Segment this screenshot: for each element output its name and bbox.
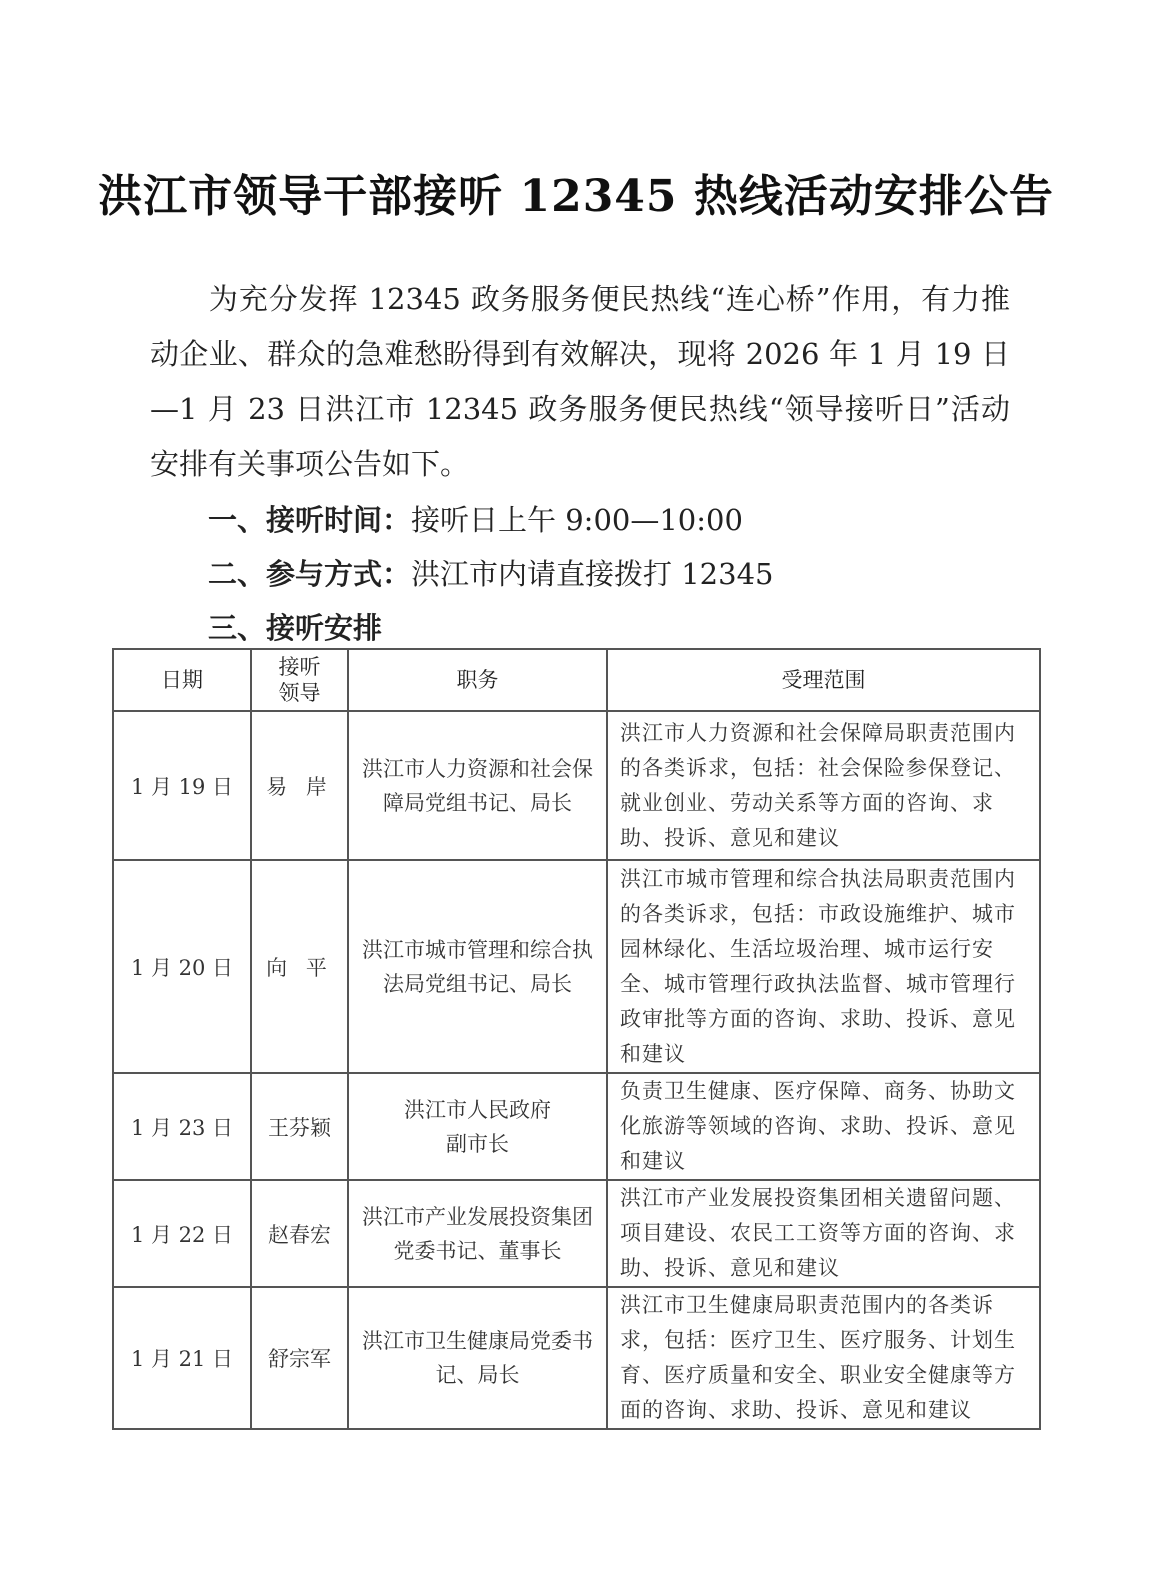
header-leader-line2: 领导 xyxy=(279,681,321,705)
position-line2: 副市长 xyxy=(446,1132,509,1156)
table-row: 1 月 23 日 王芬颖 洪江市人民政府副市长 负责卫生健康、医疗保障、商务、协… xyxy=(113,1073,1040,1180)
cell-position: 洪江市卫生健康局党委书记、局长 xyxy=(348,1287,607,1429)
table-row: 1 月 19 日 易 岸 洪江市人力资源和社会保障局党组书记、局长 洪江市人力资… xyxy=(113,711,1040,860)
cell-scope: 洪江市城市管理和综合执法局职责范围内的各类诉求，包括：市政设施维护、城市园林绿化… xyxy=(607,860,1040,1073)
header-date: 日期 xyxy=(113,649,251,711)
cell-date: 1 月 20 日 xyxy=(113,860,251,1073)
header-position: 职务 xyxy=(348,649,607,711)
cell-date: 1 月 21 日 xyxy=(113,1287,251,1429)
section-heading: 二、参与方式： xyxy=(208,557,411,591)
cell-leader: 舒宗军 xyxy=(251,1287,348,1429)
table-header-row: 日期 接听领导 职务 受理范围 xyxy=(113,649,1040,711)
cell-position: 洪江市城市管理和综合执法局党组书记、局长 xyxy=(348,860,607,1073)
cell-scope: 洪江市卫生健康局职责范围内的各类诉求，包括：医疗卫生、医疗服务、计划生育、医疗质… xyxy=(607,1287,1040,1429)
section-arrangement: 三、接听安排 xyxy=(208,608,382,648)
cell-scope: 负责卫生健康、医疗保障、商务、协助文化旅游等领域的咨询、求助、投诉、意见和建议 xyxy=(607,1073,1040,1180)
cell-position: 洪江市人民政府副市长 xyxy=(348,1073,607,1180)
cell-position: 洪江市人力资源和社会保障局党组书记、局长 xyxy=(348,711,607,860)
cell-scope: 洪江市产业发展投资集团相关遗留问题、项目建设、农民工工资等方面的咨询、求助、投诉… xyxy=(607,1180,1040,1287)
header-leader-line1: 接听 xyxy=(279,655,321,679)
intro-paragraph: 为充分发挥 12345 政务服务便民热线“连心桥”作用，有力推动企业、群众的急难… xyxy=(150,272,1010,492)
header-leader: 接听领导 xyxy=(251,649,348,711)
section-time: 一、接听时间：接听日上午 9:00—10:00 xyxy=(208,500,743,540)
section-heading: 一、接听时间： xyxy=(208,503,411,537)
document-title: 洪江市领导干部接听 12345 热线活动安排公告 xyxy=(0,160,1152,224)
cell-date: 1 月 23 日 xyxy=(113,1073,251,1180)
cell-leader: 向 平 xyxy=(251,860,348,1073)
schedule-table: 日期 接听领导 职务 受理范围 1 月 19 日 易 岸 洪江市人力资源和社会保… xyxy=(112,648,1041,1430)
header-scope: 受理范围 xyxy=(607,649,1040,711)
cell-leader: 易 岸 xyxy=(251,711,348,860)
cell-position: 洪江市产业发展投资集团党委书记、董事长 xyxy=(348,1180,607,1287)
table-row: 1 月 21 日 舒宗军 洪江市卫生健康局党委书记、局长 洪江市卫生健康局职责范… xyxy=(113,1287,1040,1429)
cell-scope: 洪江市人力资源和社会保障局职责范围内的各类诉求，包括：社会保险参保登记、就业创业… xyxy=(607,711,1040,860)
position-line1: 洪江市人民政府 xyxy=(404,1098,551,1122)
intro-text: 为充分发挥 12345 政务服务便民热线“连心桥”作用，有力推动企业、群众的急难… xyxy=(150,282,1010,481)
table-row: 1 月 20 日 向 平 洪江市城市管理和综合执法局党组书记、局长 洪江市城市管… xyxy=(113,860,1040,1073)
section-heading: 三、接听安排 xyxy=(208,611,382,645)
cell-leader: 赵春宏 xyxy=(251,1180,348,1287)
section-text: 洪江市内请直接拨打 12345 xyxy=(411,557,773,591)
section-method: 二、参与方式：洪江市内请直接拨打 12345 xyxy=(208,554,774,594)
section-text: 接听日上午 9:00—10:00 xyxy=(411,503,743,537)
cell-date: 1 月 19 日 xyxy=(113,711,251,860)
cell-date: 1 月 22 日 xyxy=(113,1180,251,1287)
cell-leader: 王芬颖 xyxy=(251,1073,348,1180)
table-row: 1 月 22 日 赵春宏 洪江市产业发展投资集团党委书记、董事长 洪江市产业发展… xyxy=(113,1180,1040,1287)
